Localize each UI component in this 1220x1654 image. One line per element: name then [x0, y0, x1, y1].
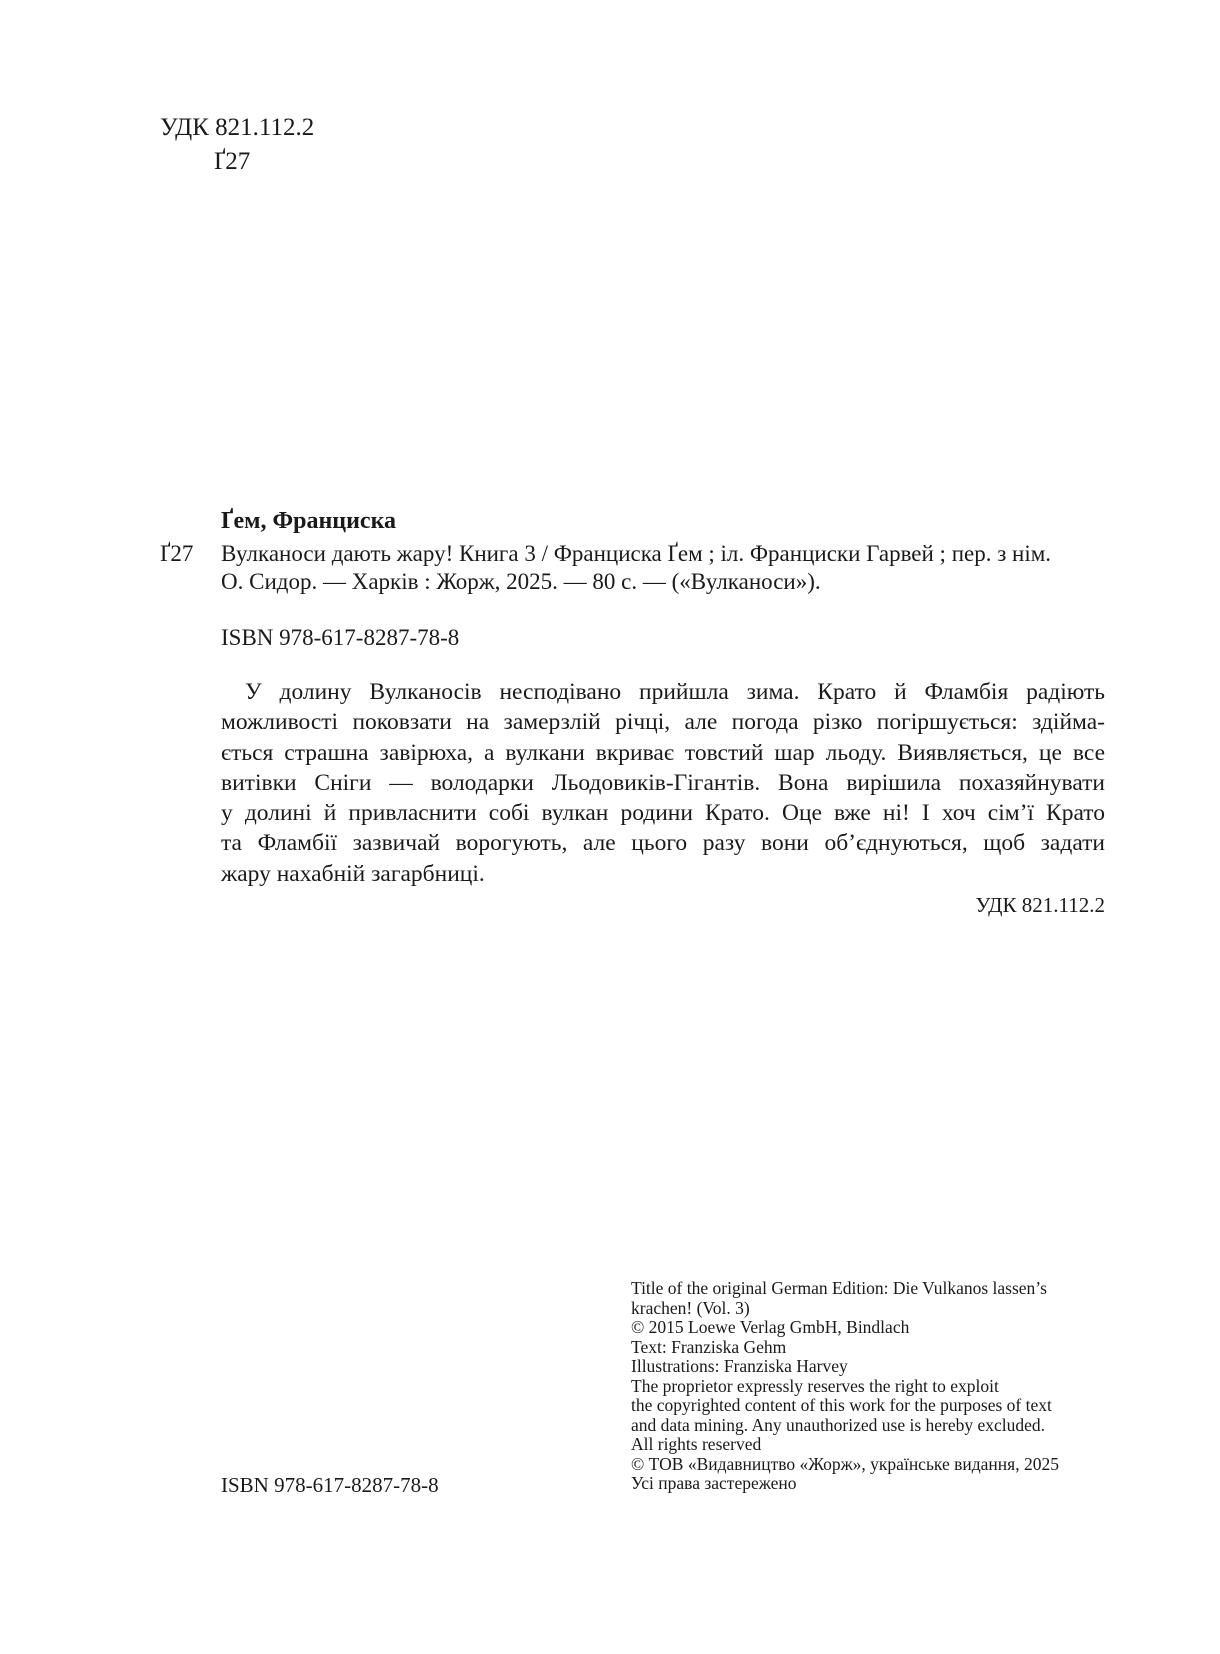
copyright-line: All rights reserved: [631, 1435, 1059, 1455]
author-code-top: Ґ27: [214, 147, 250, 177]
copyright-line: Усі права застережено: [631, 1474, 1059, 1494]
author-code-left: Ґ27: [160, 540, 193, 568]
abstract-line: жару нахабній загарбниці.: [221, 859, 1105, 889]
copyright-line: and data mining. Any unauthorized use is…: [631, 1416, 1059, 1436]
copyright-line: © ТОВ «Видавництво «Жорж», українське ви…: [631, 1455, 1059, 1475]
author-heading: Ґем, Франциска: [221, 506, 396, 536]
bibliographic-description: Вулканоси дають жару! Книга 3 / Франциск…: [221, 540, 1106, 596]
abstract-paragraph: У долину Вулканосів несподівано прийшла …: [221, 677, 1105, 889]
abstract-line: у долині й привласнити собі вулкан родин…: [221, 798, 1105, 828]
udk-classification-right: УДК 821.112.2: [975, 891, 1105, 919]
bibliographic-line: Вулканоси дають жару! Книга 3 / Франциск…: [221, 540, 1106, 568]
abstract-line: можливості поковзати на замерзлій річці,…: [221, 707, 1105, 737]
abstract-line: ється страшна завірюха, а вулкани вкрива…: [221, 738, 1105, 768]
copyright-line: krachen! (Vol. 3): [631, 1299, 1059, 1319]
copyright-block: Title of the original German Edition: Di…: [631, 1279, 1059, 1494]
isbn-catalog: ISBN 978-617-8287-78-8: [221, 623, 459, 653]
copyright-line: The proprietor expressly reserves the ri…: [631, 1377, 1059, 1397]
abstract-line: витівки Сніги — володарки Льодовиків-Гіг…: [221, 768, 1105, 798]
isbn-bottom: ISBN 978-617-8287-78-8: [221, 1472, 439, 1498]
copyright-line: the copyrighted content of this work for…: [631, 1396, 1059, 1416]
copyright-line: Text: Franziska Gehm: [631, 1338, 1059, 1358]
copyright-line: Title of the original German Edition: Di…: [631, 1279, 1059, 1299]
copyright-line: Illustrations: Franziska Harvey: [631, 1357, 1059, 1377]
abstract-line: У долину Вулканосів несподівано прийшла …: [221, 677, 1105, 707]
copyright-line: © 2015 Loewe Verlag GmbH, Bindlach: [631, 1318, 1059, 1338]
bibliographic-line: О. Сидор. — Харків : Жорж, 2025. — 80 с.…: [221, 568, 1106, 596]
abstract-line: та Фламбії зазвичай ворогують, але цього…: [221, 828, 1105, 858]
udk-classification-top: УДК 821.112.2: [160, 113, 314, 143]
